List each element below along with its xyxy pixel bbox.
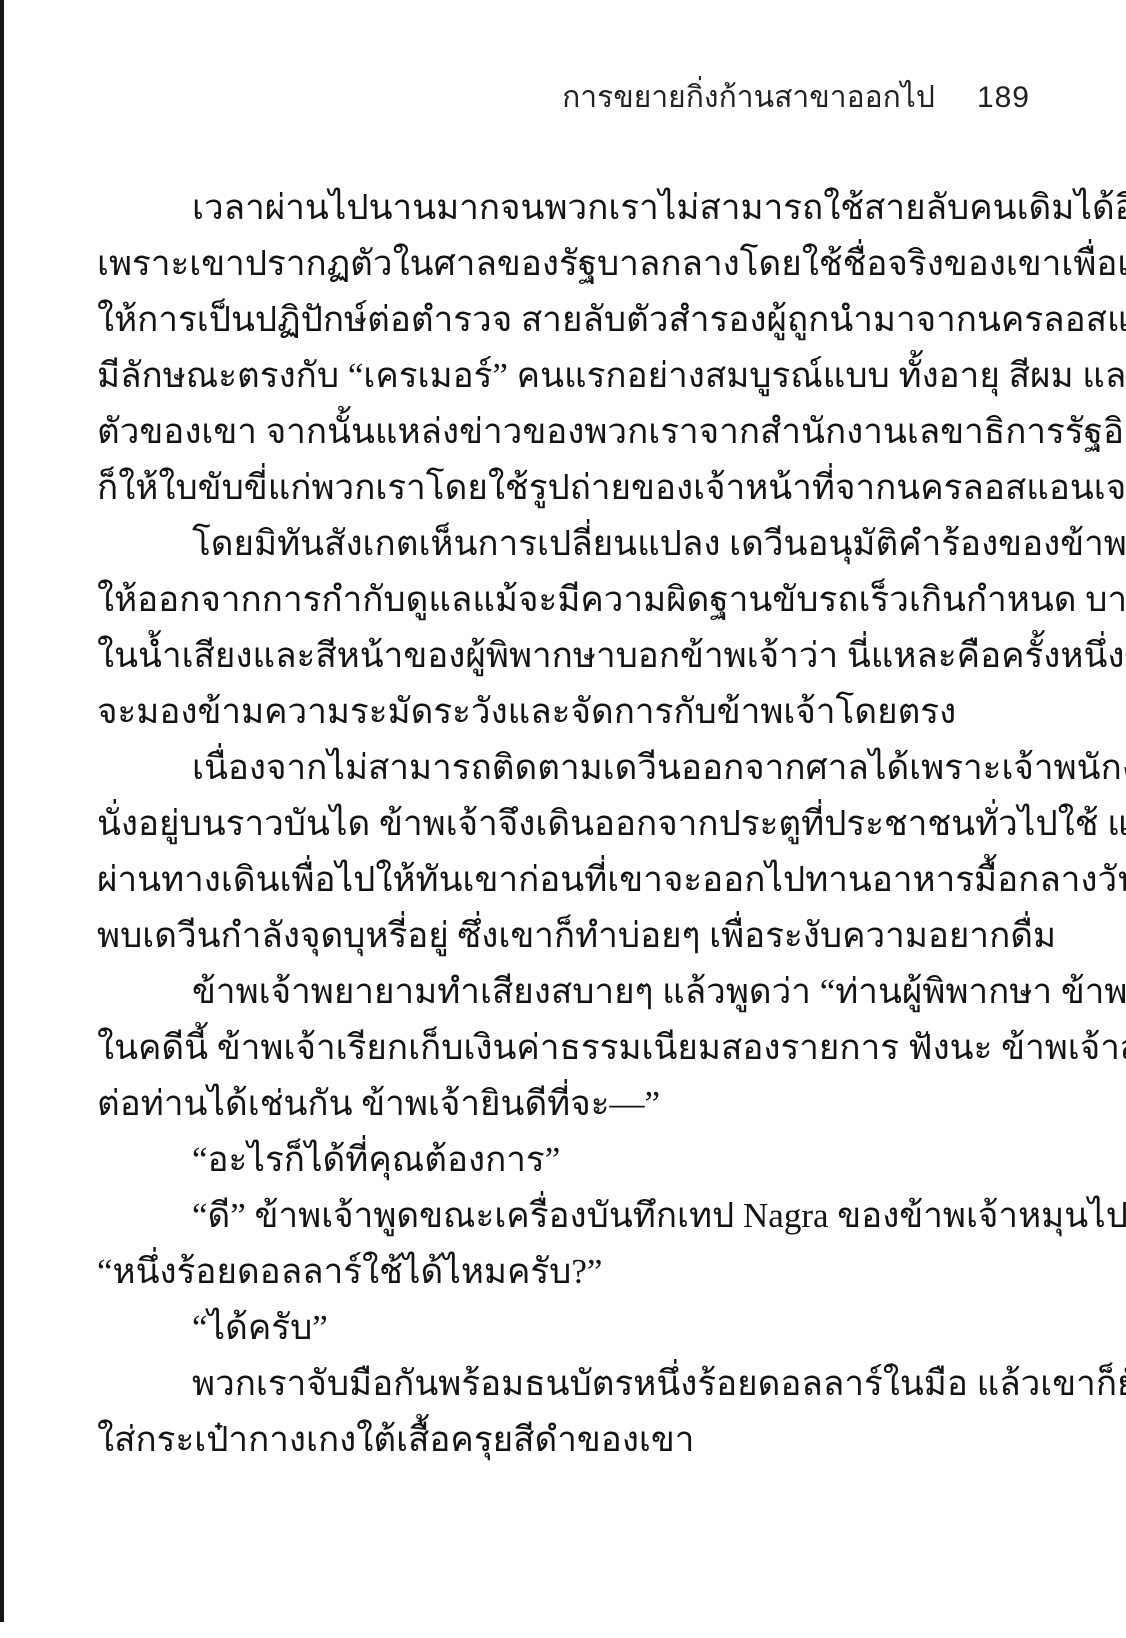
- text-line: ให้ออกจากการกำกับดูแลแม้จะมีความผิดฐานขั…: [97, 572, 1030, 628]
- page-number: 189: [977, 80, 1030, 116]
- paragraph: “ดี” ข้าพเจ้าพูดขณะเครื่องบันทึกเทป Nagr…: [97, 1188, 1030, 1300]
- text-line: เวลาผ่านไปนานมากจนพวกเราไม่สามารถใช้สายล…: [97, 180, 1030, 236]
- paragraph: เนื่องจากไม่สามารถติดตามเดวีนออกจากศาลได…: [97, 740, 1030, 964]
- text-line: “อะไรก็ได้ที่คุณต้องการ”: [97, 1132, 1030, 1188]
- text-line: “ดี” ข้าพเจ้าพูดขณะเครื่องบันทึกเทป Nagr…: [97, 1188, 1030, 1244]
- paragraph: ข้าพเจ้าพยายามทำเสียงสบายๆ แล้วพูดว่า “ท…: [97, 964, 1030, 1132]
- paragraph: พวกเราจับมือกันพร้อมธนบัตรหนึ่งร้อยดอลลา…: [97, 1356, 1030, 1468]
- text-line: ผ่านทางเดินเพื่อไปให้ทันเขาก่อนที่เขาจะอ…: [97, 852, 1030, 908]
- book-page: การขยายกิ่งก้านสาขาออกไป189 เวลาผ่านไปนา…: [0, 0, 1126, 1638]
- text-line: จะมองข้ามความระมัดระวังและจัดการกับข้าพเ…: [97, 684, 1030, 740]
- text-line: ในน้ำเสียงและสีหน้าของผู้พิพากษาบอกข้าพเ…: [97, 628, 1030, 684]
- text-line: มีลักษณะตรงกับ “เครเมอร์” คนแรกอย่างสมบู…: [97, 348, 1030, 404]
- text-line: ต่อท่านได้เช่นกัน ข้าพเจ้ายินดีที่จะ—”: [97, 1076, 1030, 1132]
- text-line: นั่งอยู่บนราวบันได ข้าพเจ้าจึงเดินออกจาก…: [97, 796, 1030, 852]
- text-line: ข้าพเจ้าพยายามทำเสียงสบายๆ แล้วพูดว่า “ท…: [97, 964, 1030, 1020]
- text-line: พวกเราจับมือกันพร้อมธนบัตรหนึ่งร้อยดอลลา…: [97, 1356, 1030, 1412]
- paragraph: “อะไรก็ได้ที่คุณต้องการ”: [97, 1132, 1030, 1188]
- text-line: “ได้ครับ”: [97, 1300, 1030, 1356]
- text-line: ให้การเป็นปฏิปักษ์ต่อตำรวจ สายลับตัวสำรอ…: [97, 292, 1030, 348]
- paragraph: โดยมิทันสังเกตเห็นการเปลี่ยนแปลง เดวีนอน…: [97, 516, 1030, 740]
- text-line: พบเดวีนกำลังจุดบุหรี่อยู่ ซึ่งเขาก็ทำบ่อ…: [97, 908, 1030, 964]
- scan-edge-artifact: [0, 0, 4, 1622]
- text-line: ตัวของเขา จากนั้นแหล่งข่าวของพวกเราจากสำ…: [97, 404, 1030, 460]
- paragraph: “ได้ครับ”: [97, 1300, 1030, 1356]
- text-line: ก็ให้ใบขับขี่แก่พวกเราโดยใช้รูปถ่ายของเจ…: [97, 460, 1030, 516]
- running-header: การขยายกิ่งก้านสาขาออกไป189: [0, 80, 1126, 116]
- text-line: “หนึ่งร้อยดอลลาร์ใช้ได้ไหมครับ?”: [97, 1244, 1030, 1300]
- text-line: ในคดีนี้ ข้าพเจ้าเรียกเก็บเงินค่าธรรมเนี…: [97, 1020, 1030, 1076]
- text-line: เพราะเขาปรากฏตัวในศาลของรัฐบาลกลางโดยใช้…: [97, 236, 1030, 292]
- paragraph: เวลาผ่านไปนานมากจนพวกเราไม่สามารถใช้สายล…: [97, 180, 1030, 516]
- page-body-text: เวลาผ่านไปนานมากจนพวกเราไม่สามารถใช้สายล…: [0, 180, 1030, 1468]
- text-line: โดยมิทันสังเกตเห็นการเปลี่ยนแปลง เดวีนอน…: [97, 516, 1030, 572]
- running-header-title: การขยายกิ่งก้านสาขาออกไป: [562, 81, 935, 114]
- text-line: ใส่กระเป๋ากางเกงใต้เสื้อครุยสีดำของเขา: [97, 1412, 1030, 1468]
- text-line: เนื่องจากไม่สามารถติดตามเดวีนออกจากศาลได…: [97, 740, 1030, 796]
